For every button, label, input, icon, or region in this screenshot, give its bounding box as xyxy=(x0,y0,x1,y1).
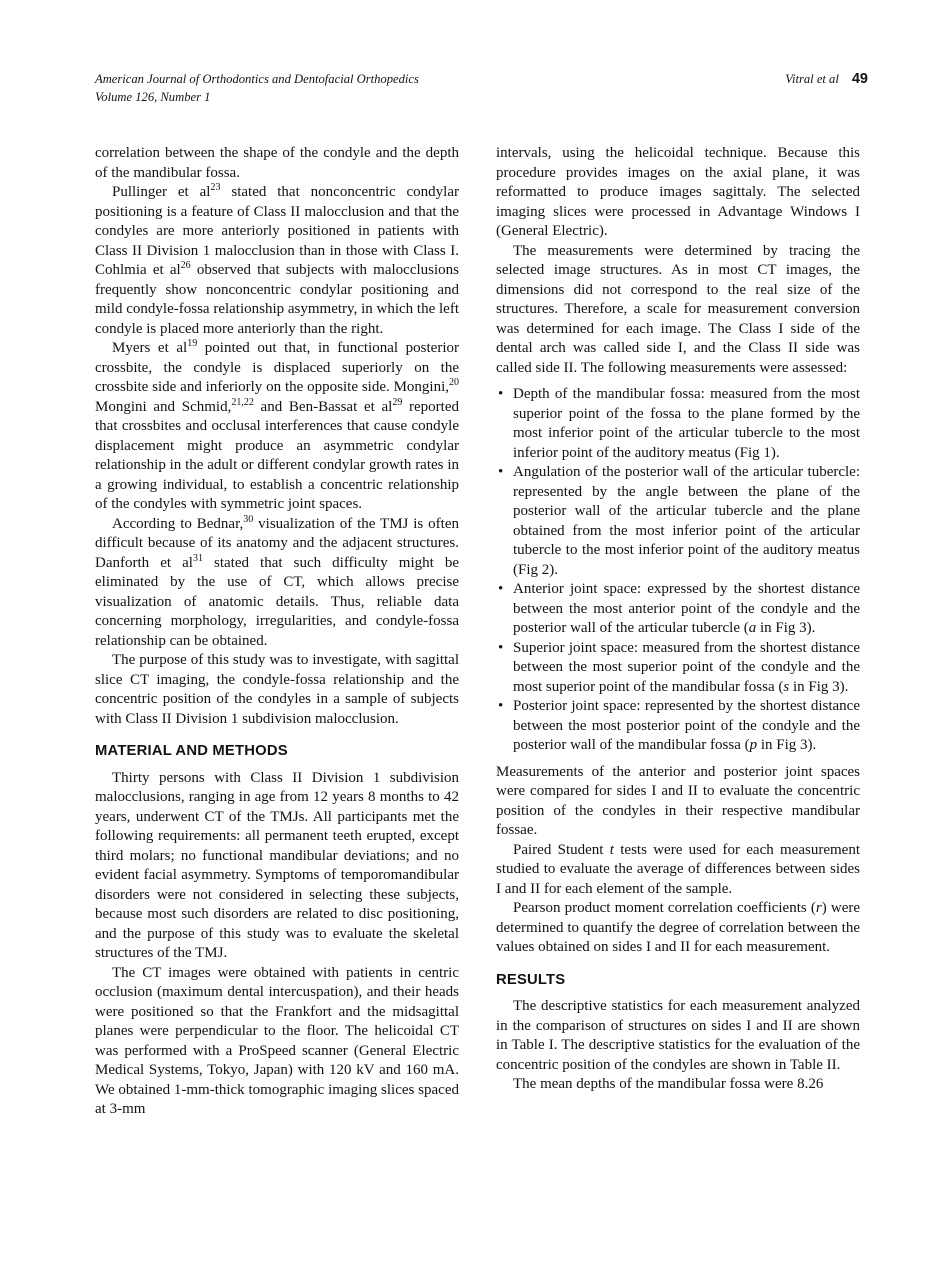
right-column: intervals, using the helicoidal techniqu… xyxy=(496,144,860,1095)
paragraph: The CT images were obtained with patient… xyxy=(95,964,459,1120)
paragraph: correlation between the shape of the con… xyxy=(95,144,459,183)
bullet-icon: • xyxy=(498,385,503,405)
bullet-item: •Anterior joint space: expressed by the … xyxy=(496,580,860,639)
page-number: 49 xyxy=(852,71,868,89)
bullet-item: •Superior joint space: measured from the… xyxy=(496,639,860,698)
bullet-text: Depth of the mandibular fossa: measured … xyxy=(513,386,860,461)
bullet-text: Angulation of the posterior wall of the … xyxy=(513,464,860,578)
page-header: American Journal of Orthodontics and Den… xyxy=(95,71,868,106)
bullet-text: Posterior joint space: represented by th… xyxy=(513,698,860,753)
bullet-item: •Posterior joint space: represented by t… xyxy=(496,697,860,756)
bullet-icon: • xyxy=(498,639,503,659)
journal-info: American Journal of Orthodontics and Den… xyxy=(95,71,419,106)
section-heading: MATERIAL AND METHODS xyxy=(95,742,459,762)
paragraph: The purpose of this study was to investi… xyxy=(95,651,459,729)
bullet-icon: • xyxy=(498,463,503,483)
paragraph: The measurements were determined by trac… xyxy=(496,242,860,379)
bullet-text: Superior joint space: measured from the … xyxy=(513,640,860,695)
bullet-icon: • xyxy=(498,697,503,717)
bullet-item: •Depth of the mandibular fossa: measured… xyxy=(496,385,860,463)
paragraph: Thirty persons with Class II Division 1 … xyxy=(95,769,459,964)
running-authors: Vitral et al xyxy=(785,71,839,89)
journal-page: American Journal of Orthodontics and Den… xyxy=(0,0,950,1272)
paragraph: According to Bednar,30 visualization of … xyxy=(95,515,459,652)
bullet-item: •Angulation of the posterior wall of the… xyxy=(496,463,860,580)
bullet-text: Anterior joint space: expressed by the s… xyxy=(513,581,860,636)
left-column: correlation between the shape of the con… xyxy=(95,144,459,1120)
journal-title: American Journal of Orthodontics and Den… xyxy=(95,71,419,89)
paragraph: The descriptive statistics for each meas… xyxy=(496,997,860,1075)
paragraph: Measurements of the anterior and posteri… xyxy=(496,763,860,841)
bullet-icon: • xyxy=(498,580,503,600)
section-heading: RESULTS xyxy=(496,971,860,991)
journal-volume: Volume 126, Number 1 xyxy=(95,89,419,107)
running-head: Vitral et al 49 xyxy=(785,71,868,89)
paragraph: The mean depths of the mandibular fossa … xyxy=(496,1075,860,1095)
paragraph: Pullinger et al23 stated that nonconcent… xyxy=(95,183,459,339)
paragraph: Paired Student t tests were used for eac… xyxy=(496,841,860,900)
paragraph: Myers et al19 pointed out that, in funct… xyxy=(95,339,459,515)
paragraph: intervals, using the helicoidal techniqu… xyxy=(496,144,860,242)
paragraph: Pearson product moment correlation coeff… xyxy=(496,899,860,958)
